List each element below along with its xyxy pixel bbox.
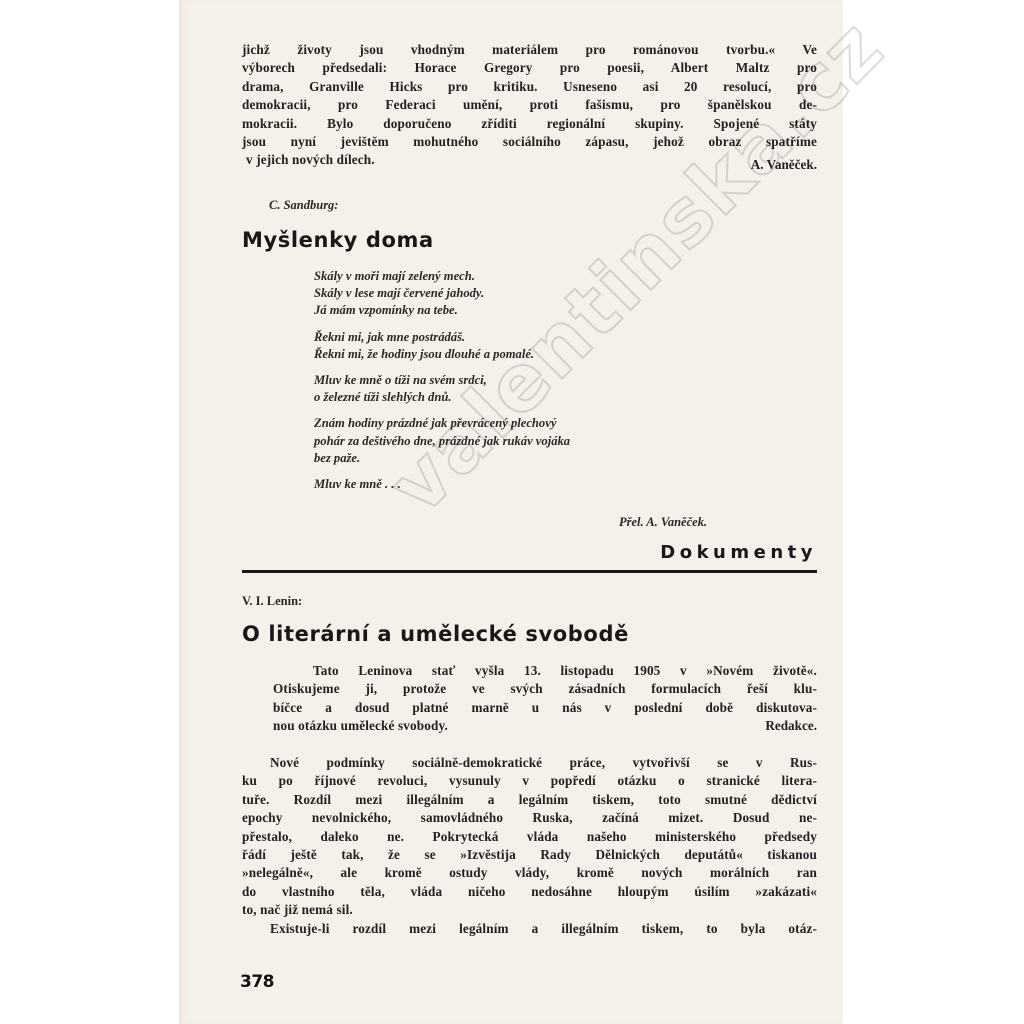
poem-stanza: Skály v moři mají zelený mech. Skály v l… — [314, 268, 734, 320]
poem-line: Mluv ke mně . . . — [314, 476, 734, 493]
poem-line: Já mám vzpomínky na tebe. — [314, 302, 734, 319]
section-title: Dokumenty — [660, 542, 817, 563]
article-line: ku po říjnové revoluci, vysunuly v popře… — [242, 772, 817, 790]
poem-stanza: Mluv ke mně o tíži na svém srdci, o žele… — [314, 372, 734, 406]
section-rule — [242, 570, 817, 573]
article-line: epochy nevolnického, samovládného Ruska,… — [242, 809, 817, 827]
editorial-line: nou otázku umělecké svobody. — [273, 717, 817, 735]
article-line: tuře. Rozdíl mezi illegálním a legálním … — [242, 791, 817, 809]
poem-line: Řekni mi, jak mne postrádáš. — [314, 329, 734, 346]
article-line: to, nač již nemá sil. — [242, 901, 817, 919]
book-page: valentinska.cz jichž životy jsou vhodným… — [179, 0, 843, 1024]
poem-stanza: Řekni mi, jak mne postrádáš. Řekni mi, ž… — [314, 329, 734, 363]
report-line: demokracii, pro Federaci umění, proti fa… — [242, 96, 817, 114]
poem-line: Skály v moři mají zelený mech. — [314, 268, 734, 285]
report-line: v jejich nových dílech. — [242, 151, 817, 169]
poem-line: o železné tíži slehlých dnů. — [314, 389, 734, 406]
article-line: Nové podmínky sociálně-demokratické prác… — [242, 754, 817, 772]
poem-line: pohár za deštivého dne, prázdné jak ruká… — [314, 433, 734, 450]
poem-stanza: Znám hodiny prázdné jak převrácený plech… — [314, 415, 734, 467]
article-line: přestalo, daleko ne. Pokrytecká vláda na… — [242, 828, 817, 846]
editorial-signature: Redakce. — [765, 718, 817, 734]
article-paragraph: Nové podmínky sociálně-demokratické prác… — [242, 754, 817, 938]
poem-stanza: Mluv ke mně . . . — [314, 476, 734, 493]
poem-body: Skály v moři mají zelený mech. Skály v l… — [314, 268, 734, 502]
editorial-line: bíčce a dosud platné marně u nás v posle… — [273, 699, 817, 717]
poem-line: Znám hodiny prázdné jak převrácený plech… — [314, 415, 734, 432]
article-line: »nelegálně«, ale kromě ostudy vlády, kro… — [242, 864, 817, 882]
page-number: 378 — [240, 972, 274, 992]
poem-line: Mluv ke mně o tíži na svém srdci, — [314, 372, 734, 389]
poem-line: Řekni mi, že hodiny jsou dlouhé a pomalé… — [314, 346, 734, 363]
article-title: O literární a umělecké svobodě — [242, 622, 629, 646]
article-line: Existuje-li rozdíl mezi legálním a illeg… — [242, 920, 817, 938]
poem-line: Skály v lese mají červené jahody. — [314, 285, 734, 302]
report-signature: A. Vaněček. — [751, 157, 817, 173]
editorial-note: Tato Leninova stať vyšla 13. listopadu 1… — [273, 662, 817, 736]
poem-line: bez paže. — [314, 450, 734, 467]
article-line: do vlastního těla, vláda ničeho nedosáhn… — [242, 883, 817, 901]
report-line: jichž životy jsou vhodným materiálem pro… — [242, 41, 817, 59]
poem-title: Myšlenky doma — [242, 228, 434, 252]
article-line: řádí ještě tak, že se »Izvěstija Rady Dě… — [242, 846, 817, 864]
poem-author: C. Sandburg: — [269, 198, 338, 213]
report-line: drama, Granville Hicks pro kritiku. Usne… — [242, 78, 817, 96]
editorial-line: Tato Leninova stať vyšla 13. listopadu 1… — [273, 662, 817, 680]
report-paragraph: jichž životy jsou vhodným materiálem pro… — [242, 41, 817, 170]
article-author: V. I. Lenin: — [242, 594, 302, 609]
report-line: mokracii. Bylo doporučeno zříditi region… — [242, 115, 817, 133]
poem-translator: Přel. A. Vaněček. — [619, 515, 707, 530]
report-line: výborech předsedali: Horace Gregory pro … — [242, 59, 817, 77]
report-line: jsou nyní jevištěm mohutného sociálního … — [242, 133, 817, 151]
editorial-line: Otiskujeme ji, protože ve svých zásadníc… — [273, 680, 817, 698]
